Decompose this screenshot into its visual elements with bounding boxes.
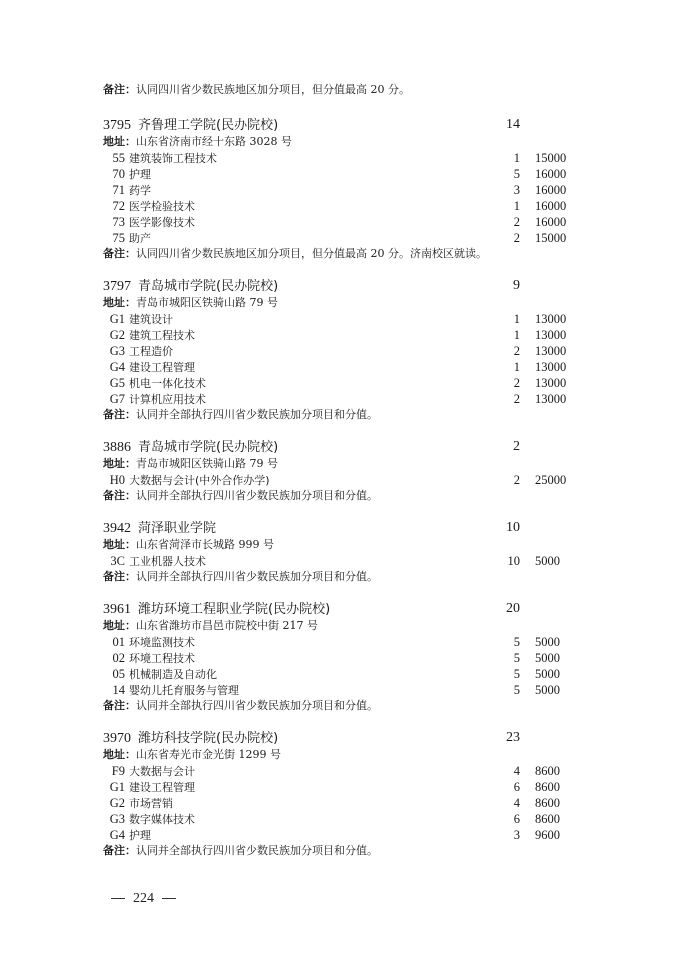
major-count: 5: [493, 666, 520, 682]
major-count: 2: [493, 343, 520, 359]
major-fee: 13000: [535, 391, 566, 407]
major-count: 1: [493, 327, 520, 343]
major-row: G4建设工程管理113000: [103, 359, 583, 375]
major-count: 5: [493, 634, 520, 650]
major-code: 01: [103, 634, 125, 650]
major-row: G3数字媒体技术68600: [103, 811, 583, 827]
major-fee: 5000: [535, 666, 560, 682]
major-code: 55: [103, 150, 125, 166]
major-name: 建设工程管理: [129, 361, 195, 374]
address-label: 地址：: [103, 619, 136, 632]
major-name: 医学影像技术: [129, 216, 195, 229]
major-fee: 5000: [535, 650, 560, 666]
school-name: 潍坊科技学院(民办院校): [138, 731, 278, 746]
school-code: 3970: [103, 731, 131, 746]
major-name: 环境监测技术: [129, 636, 195, 649]
note-label: 备注：: [103, 408, 136, 421]
school-address: 地址：山东省菏泽市长城路 999 号: [103, 537, 583, 553]
major-fee: 13000: [535, 311, 566, 327]
address-text: 青岛市城阳区铁骑山路 79 号: [136, 296, 278, 309]
school-code: 3942: [103, 521, 131, 536]
school-name: 潍坊环境工程职业学院(民办院校): [138, 602, 330, 617]
major-name: 护理: [129, 168, 151, 181]
major-name: 婴幼儿托育服务与管理: [129, 684, 239, 697]
note-text: 认同并全部执行四川省少数民族加分项目和分值。: [136, 489, 378, 502]
note-label: 备注：: [103, 699, 136, 712]
major-fee: 16000: [535, 214, 566, 230]
major-row: G2建筑工程技术113000: [103, 327, 583, 343]
major-row: G1建筑设计113000: [103, 311, 583, 327]
school-address: 地址：山东省寿光市金光街 1299 号: [103, 747, 583, 763]
major-name: 市场营销: [129, 797, 173, 810]
note-label: 备注：: [103, 247, 136, 260]
address-label: 地址：: [103, 538, 136, 551]
major-fee: 15000: [535, 230, 566, 246]
major-row: 3C工业机器人技术105000: [103, 553, 583, 569]
major-fee: 8600: [535, 779, 560, 795]
major-count: 5: [493, 650, 520, 666]
major-count: 2: [493, 214, 520, 230]
school-note: 备注：认同并全部执行四川省少数民族加分项目和分值。: [103, 488, 583, 504]
major-count: 2: [493, 472, 520, 488]
page-footer: 224: [103, 891, 184, 907]
major-fee: 16000: [535, 166, 566, 182]
note-label: 备注：: [103, 83, 136, 96]
major-name: 机电一体化技术: [129, 377, 206, 390]
address-text: 山东省寿光市金光街 1299 号: [136, 748, 281, 761]
school-code: 3795: [103, 118, 131, 133]
major-row: G1建设工程管理68600: [103, 779, 583, 795]
major-count: 5: [493, 682, 520, 698]
address-text: 山东省潍坊市昌邑市院校中街 217 号: [136, 619, 318, 632]
major-row: G2市场营销48600: [103, 795, 583, 811]
major-code: H0: [103, 472, 125, 488]
major-fee: 8600: [535, 795, 560, 811]
major-row: G4护理39600: [103, 827, 583, 843]
major-code: G3: [103, 811, 125, 827]
major-count: 5: [493, 166, 520, 182]
major-fee: 16000: [535, 182, 566, 198]
school-name: 青岛城市学院(民办院校): [138, 279, 278, 294]
note-text: 认同并全部执行四川省少数民族加分项目和分值。: [136, 844, 378, 857]
major-row: G7计算机应用技术213000: [103, 391, 583, 407]
address-text: 青岛市城阳区铁骑山路 79 号: [136, 457, 278, 470]
major-count: 10: [493, 553, 520, 569]
major-fee: 5000: [535, 553, 560, 569]
major-code: 3C: [103, 553, 125, 569]
major-fee: 16000: [535, 198, 566, 214]
school-name: 菏泽职业学院: [138, 521, 216, 536]
note-text: 认同并全部执行四川省少数民族加分项目和分值。: [136, 699, 378, 712]
major-code: G1: [103, 779, 125, 795]
note-label: 备注：: [103, 570, 136, 583]
major-name: 助产: [129, 232, 151, 245]
major-code: 72: [103, 198, 125, 214]
school-header: 3886青岛城市学院(民办院校) 2: [103, 438, 583, 456]
major-count: 2: [493, 230, 520, 246]
major-code: G3: [103, 343, 125, 359]
school-section: 3795齐鲁理工学院(民办院校) 14 地址：山东省济南市经十东路 3028 号…: [103, 116, 583, 262]
school-address: 地址：青岛市城阳区铁骑山路 79 号: [103, 456, 583, 472]
major-row: H0大数据与会计(中外合作办学)225000: [103, 472, 583, 488]
school-section: 3797青岛城市学院(民办院校) 9 地址：青岛市城阳区铁骑山路 79 号 G1…: [103, 277, 583, 423]
major-name: 环境工程技术: [129, 652, 195, 665]
school-total-quota: 14: [493, 116, 520, 134]
note-text: 认同并全部执行四川省少数民族加分项目和分值。: [136, 408, 378, 421]
school-note: 备注：认同并全部执行四川省少数民族加分项目和分值。: [103, 569, 583, 585]
major-name: 建筑装饰工程技术: [129, 152, 217, 165]
major-code: G1: [103, 311, 125, 327]
major-row: 05机械制造及自动化55000: [103, 666, 583, 682]
major-code: G2: [103, 795, 125, 811]
major-fee: 25000: [535, 472, 566, 488]
major-fee: 8600: [535, 763, 560, 779]
document-page: 备注：认同四川省少数民族地区加分项目，但分值最高 20 分。 3795齐鲁理工学…: [103, 82, 583, 859]
school-address: 地址：山东省潍坊市昌邑市院校中街 217 号: [103, 618, 583, 634]
major-fee: 8600: [535, 811, 560, 827]
dash-left: [111, 898, 125, 899]
major-row: 72医学检验技术116000: [103, 198, 583, 214]
major-row: 71药学316000: [103, 182, 583, 198]
address-text: 山东省菏泽市长城路 999 号: [136, 538, 274, 551]
school-total-quota: 20: [493, 600, 520, 618]
major-code: G7: [103, 391, 125, 407]
school-note: 备注：认同并全部执行四川省少数民族加分项目和分值。: [103, 843, 583, 859]
major-name: 护理: [129, 829, 151, 842]
school-header: 3970潍坊科技学院(民办院校) 23: [103, 729, 583, 747]
major-count: 2: [493, 391, 520, 407]
major-count: 6: [493, 811, 520, 827]
major-fee: 13000: [535, 359, 566, 375]
address-label: 地址：: [103, 296, 136, 309]
school-header: 3795齐鲁理工学院(民办院校) 14: [103, 116, 583, 134]
page-number: 224: [133, 891, 154, 906]
note-label: 备注：: [103, 844, 136, 857]
major-fee: 13000: [535, 375, 566, 391]
major-fee: 5000: [535, 682, 560, 698]
major-count: 4: [493, 795, 520, 811]
address-text: 山东省济南市经十东路 3028 号: [136, 135, 292, 148]
major-name: 建筑工程技术: [129, 329, 195, 342]
school-address: 地址：青岛市城阳区铁骑山路 79 号: [103, 295, 583, 311]
top-note: 备注：认同四川省少数民族地区加分项目，但分值最高 20 分。: [103, 82, 583, 98]
major-name: 工程造价: [129, 345, 173, 358]
major-count: 3: [493, 182, 520, 198]
major-row: 75助产215000: [103, 230, 583, 246]
major-code: 71: [103, 182, 125, 198]
school-note: 备注：认同并全部执行四川省少数民族加分项目和分值。: [103, 407, 583, 423]
major-name: 工业机器人技术: [129, 555, 206, 568]
major-count: 3: [493, 827, 520, 843]
dash-right: [162, 898, 176, 899]
major-row: G5机电一体化技术213000: [103, 375, 583, 391]
address-label: 地址：: [103, 457, 136, 470]
major-row: G3工程造价213000: [103, 343, 583, 359]
major-count: 1: [493, 359, 520, 375]
major-row: 02环境工程技术55000: [103, 650, 583, 666]
school-total-quota: 23: [493, 729, 520, 747]
note-label: 备注：: [103, 489, 136, 502]
major-row: 01环境监测技术55000: [103, 634, 583, 650]
school-section: 3886青岛城市学院(民办院校) 2 地址：青岛市城阳区铁骑山路 79 号 H0…: [103, 438, 583, 504]
major-code: G2: [103, 327, 125, 343]
school-code: 3797: [103, 279, 131, 294]
note-text: 认同并全部执行四川省少数民族加分项目和分值。: [136, 570, 378, 583]
address-label: 地址：: [103, 135, 136, 148]
major-fee: 13000: [535, 327, 566, 343]
school-header: 3961潍坊环境工程职业学院(民办院校) 20: [103, 600, 583, 618]
major-code: 02: [103, 650, 125, 666]
school-address: 地址：山东省济南市经十东路 3028 号: [103, 134, 583, 150]
major-code: 70: [103, 166, 125, 182]
major-code: G4: [103, 359, 125, 375]
school-total-quota: 2: [493, 438, 520, 456]
note-text: 认同四川省少数民族地区加分项目，但分值最高 20 分。: [136, 83, 410, 96]
major-code: G4: [103, 827, 125, 843]
school-code: 3961: [103, 602, 131, 617]
major-fee: 13000: [535, 343, 566, 359]
school-header: 3942菏泽职业学院 10: [103, 519, 583, 537]
note-text: 认同四川省少数民族地区加分项目，但分值最高 20 分。济南校区就读。: [136, 247, 487, 260]
major-name: 计算机应用技术: [129, 393, 206, 406]
school-name: 青岛城市学院(民办院校): [138, 440, 278, 455]
major-fee: 15000: [535, 150, 566, 166]
major-row: 70护理516000: [103, 166, 583, 182]
major-row: F9大数据与会计48600: [103, 763, 583, 779]
major-row: 73医学影像技术216000: [103, 214, 583, 230]
major-count: 4: [493, 763, 520, 779]
school-note: 备注：认同并全部执行四川省少数民族加分项目和分值。: [103, 698, 583, 714]
major-row: 14婴幼儿托育服务与管理55000: [103, 682, 583, 698]
major-name: 药学: [129, 184, 151, 197]
school-section: 3970潍坊科技学院(民办院校) 23 地址：山东省寿光市金光街 1299 号 …: [103, 729, 583, 859]
major-name: 医学检验技术: [129, 200, 195, 213]
major-code: 14: [103, 682, 125, 698]
major-fee: 5000: [535, 634, 560, 650]
school-total-quota: 10: [493, 519, 520, 537]
major-name: 大数据与会计: [129, 765, 195, 778]
major-code: F9: [103, 763, 125, 779]
major-name: 大数据与会计(中外合作办学): [129, 474, 270, 487]
school-name: 齐鲁理工学院(民办院校): [138, 118, 278, 133]
major-count: 2: [493, 375, 520, 391]
school-note: 备注：认同四川省少数民族地区加分项目，但分值最高 20 分。济南校区就读。: [103, 246, 583, 262]
major-code: 73: [103, 214, 125, 230]
school-code: 3886: [103, 440, 131, 455]
address-label: 地址：: [103, 748, 136, 761]
major-name: 建筑设计: [129, 313, 173, 326]
major-code: 75: [103, 230, 125, 246]
major-code: G5: [103, 375, 125, 391]
major-fee: 9600: [535, 827, 560, 843]
major-count: 1: [493, 311, 520, 327]
school-section: 3942菏泽职业学院 10 地址：山东省菏泽市长城路 999 号 3C工业机器人…: [103, 519, 583, 585]
major-name: 机械制造及自动化: [129, 668, 217, 681]
school-section: 3961潍坊环境工程职业学院(民办院校) 20 地址：山东省潍坊市昌邑市院校中街…: [103, 600, 583, 714]
major-count: 1: [493, 150, 520, 166]
major-name: 建设工程管理: [129, 781, 195, 794]
school-header: 3797青岛城市学院(民办院校) 9: [103, 277, 583, 295]
major-code: 05: [103, 666, 125, 682]
major-count: 6: [493, 779, 520, 795]
school-total-quota: 9: [493, 277, 520, 295]
major-row: 55建筑装饰工程技术115000: [103, 150, 583, 166]
major-name: 数字媒体技术: [129, 813, 195, 826]
major-count: 1: [493, 198, 520, 214]
